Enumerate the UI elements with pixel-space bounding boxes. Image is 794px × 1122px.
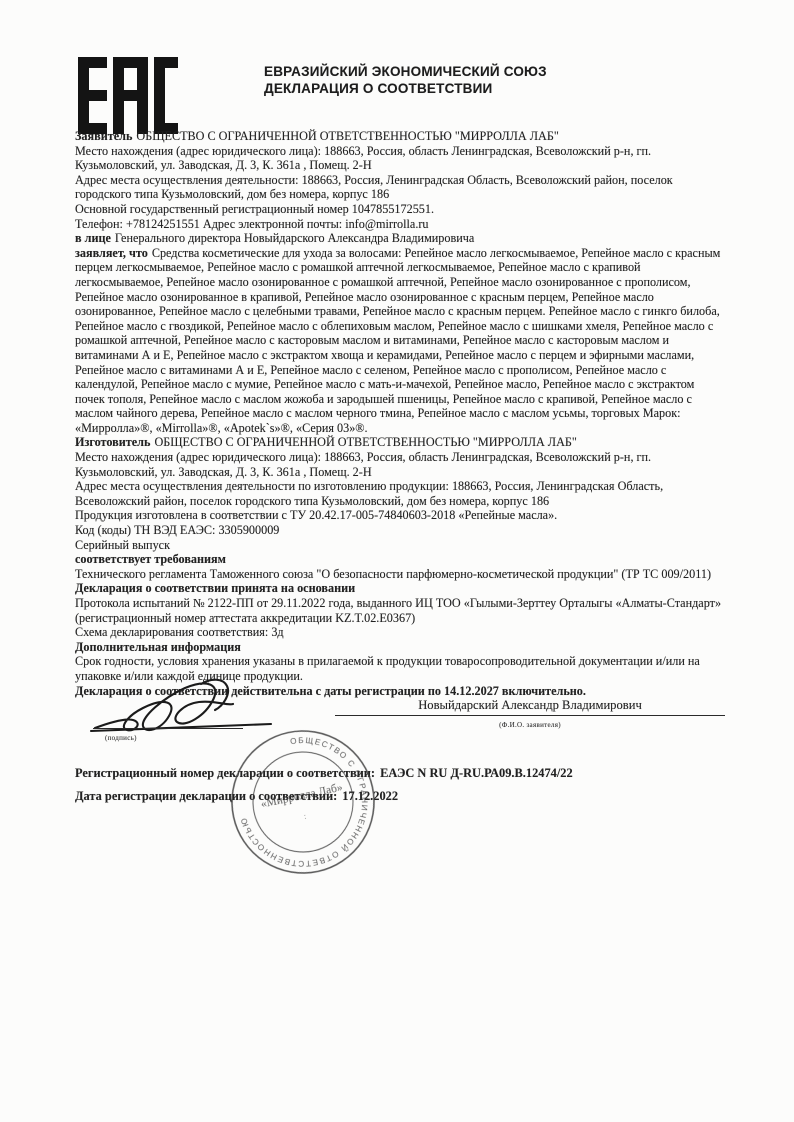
- applicant-label: Заявитель: [75, 129, 132, 143]
- applicant-section: ЗаявительОБЩЕСТВО С ОГРАНИЧЕННОЙ ОТВЕТСТ…: [75, 129, 725, 246]
- applicant-ogrn: Основной государственный регистрационный…: [75, 202, 725, 217]
- document-title: ДЕКЛАРАЦИЯ О СООТВЕТСТВИИ: [264, 81, 547, 98]
- document-header: ЕВРАЗИЙСКИЙ ЭКОНОМИЧЕСКИЙ СОЮЗ ДЕКЛАРАЦИ…: [264, 64, 547, 97]
- reg-date-value: 17.12.2022: [342, 789, 398, 803]
- manufacturer-location: Место нахождения (адрес юридического лиц…: [75, 450, 725, 479]
- signature-line: [93, 728, 243, 729]
- reg-number-label: Регистрационный номер декларации о соотв…: [75, 766, 375, 780]
- basis-scheme: Схема декларирования соответствия: 3д: [75, 625, 725, 640]
- manufacturer-activity-address: Адрес места осуществления деятельности п…: [75, 479, 725, 508]
- basis-protocol: Протокола испытаний № 2122-ПП от 29.11.2…: [75, 596, 725, 625]
- signer-name: Новыйдарский Александр Владимирович: [335, 698, 725, 716]
- manufacturer-label: Изготовитель: [75, 435, 150, 449]
- additional-info-label: Дополнительная информация: [75, 640, 725, 655]
- basis-label: Декларация о соответствии принята на осн…: [75, 581, 725, 596]
- signature-caption: (подпись): [105, 731, 137, 746]
- document-body: ЗаявительОБЩЕСТВО С ОГРАНИЧЕННОЙ ОТВЕТСТ…: [75, 129, 725, 808]
- applicant-activity-address: Адрес места осуществления деятельности: …: [75, 173, 725, 202]
- registration-footer: Регистрационный номер декларации о соотв…: [75, 762, 725, 808]
- applicant-representative-row: в лицеГенерального директора Новыйдарско…: [75, 231, 725, 246]
- products-list: Средства косметические для ухода за воло…: [75, 246, 720, 435]
- signer-name-block: Новыйдарский Александр Владимирович (Ф.И…: [335, 698, 725, 732]
- declares-label: заявляет, что: [75, 246, 148, 260]
- applicant-name: ОБЩЕСТВО С ОГРАНИЧЕННОЙ ОТВЕТСТВЕННОСТЬЮ…: [136, 129, 558, 143]
- applicant-contacts: Телефон: +78124251551 Адрес электронной …: [75, 217, 725, 232]
- compliance-section: соответствует требованиям Технического р…: [75, 552, 725, 581]
- represented-by-label: в лице: [75, 231, 111, 245]
- release-type: Серийный выпуск: [75, 538, 725, 553]
- reg-number-value: ЕАЭС N RU Д-RU.РА09.В.12474/22: [380, 766, 573, 780]
- tnved-code: Код (коды) ТН ВЭД ЕАЭС: 3305900009: [75, 523, 725, 538]
- compliance-regulation: Технического регламента Таможенного союз…: [75, 567, 725, 582]
- declaration-products-paragraph: заявляет, чтоСредства косметические для …: [75, 246, 725, 436]
- basis-section: Декларация о соответствии принята на осн…: [75, 581, 725, 639]
- declaration-document-page: ЕВРАЗИЙСКИЙ ЭКОНОМИЧЕСКИЙ СОЮЗ ДЕКЛАРАЦИ…: [0, 0, 794, 1122]
- compliance-label: соответствует требованиям: [75, 552, 725, 567]
- signature-area: (подпись) Новыйдарский Александр Владими…: [75, 698, 725, 762]
- reg-date-label: Дата регистрации декларации о соответств…: [75, 789, 337, 803]
- applicant-location: Место нахождения (адрес юридического лиц…: [75, 144, 725, 173]
- applicant-name-row: ЗаявительОБЩЕСТВО С ОГРАНИЧЕННОЙ ОТВЕТСТ…: [75, 129, 725, 144]
- manufacturer-tu: Продукция изготовлена в соответствии с Т…: [75, 508, 725, 523]
- manufacturer-name-row: ИзготовительОБЩЕСТВО С ОГРАНИЧЕННОЙ ОТВЕ…: [75, 435, 725, 450]
- manufacturer-section: ИзготовительОБЩЕСТВО С ОГРАНИЧЕННОЙ ОТВЕ…: [75, 435, 725, 552]
- reg-date-line: Дата регистрации декларации о соответств…: [75, 785, 725, 808]
- eac-mark-icon: [78, 57, 178, 139]
- represented-by: Генерального директора Новыйдарского Але…: [115, 231, 474, 245]
- signer-name-caption: (Ф.И.О. заявителя): [335, 716, 725, 733]
- union-name: ЕВРАЗИЙСКИЙ ЭКОНОМИЧЕСКИЙ СОЮЗ: [264, 64, 547, 81]
- reg-number-line: Регистрационный номер декларации о соотв…: [75, 762, 725, 785]
- stamp-dots: :: [304, 813, 309, 821]
- manufacturer-name: ОБЩЕСТВО С ОГРАНИЧЕННОЙ ОТВЕТСТВЕННОСТЬЮ…: [154, 435, 576, 449]
